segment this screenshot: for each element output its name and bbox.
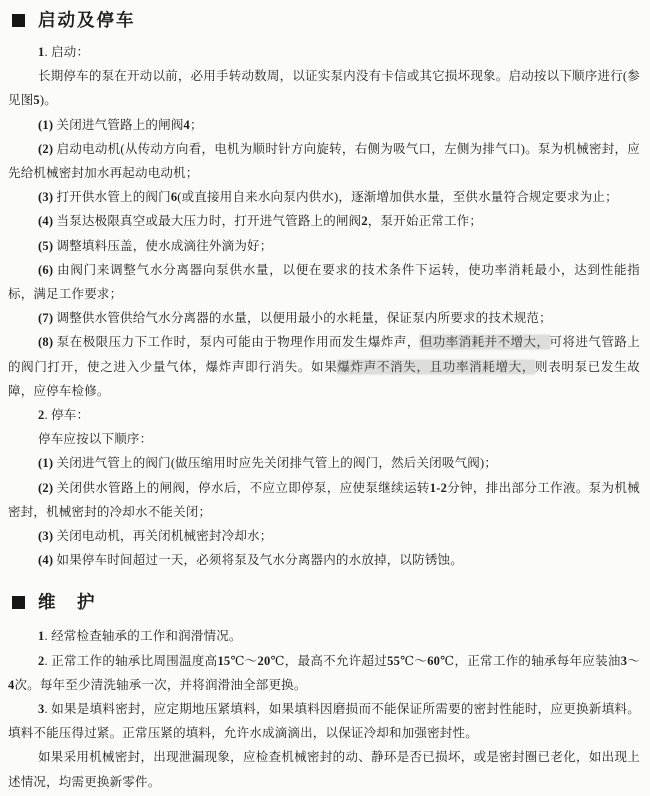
paragraph: 1. 经常检查轴承的工作和润滑情况。: [8, 624, 640, 648]
section-title-text: 维 护: [38, 590, 97, 614]
text-run: 调整填料压盖，使水成滴往外滴为好；: [53, 239, 272, 253]
black-square-bullet-icon: [12, 14, 25, 27]
text-run: ℃～: [400, 654, 427, 668]
section-body-maintenance: 1. 经常检查轴承的工作和润滑情况。2. 正常工作的轴承比周围温度高15℃～20…: [8, 624, 640, 793]
text-run: . 正常工作的轴承比周围温度高: [44, 654, 217, 668]
text-run: 启动电动机(从传动方向看，电机为顺时针方向旋转，右侧为吸气口，左侧为排气口)。泵…: [8, 142, 640, 180]
paragraph: 2. 停车：: [8, 403, 640, 427]
text-run: (2): [38, 142, 53, 156]
text-run: . 经常检查轴承的工作和润滑情况。: [44, 629, 241, 643]
text-run: (3): [38, 190, 53, 204]
text-run: (8): [38, 335, 53, 349]
text-run: 60: [427, 654, 440, 668]
section-body-startup: 1. 启动：长期停车的泵在开动以前，必用手转动数周，以证实泵内没有卡信或其它损坏…: [8, 40, 640, 572]
text-run: 次。每年至少清洗轴承一次，并将润滑油全部更换。: [14, 678, 306, 692]
paragraph: (8) 泵在极限压力下工作时，泵内可能由于物理作用而发生爆炸声，但功率消耗并不增…: [8, 330, 640, 403]
text-run: 打开供水管上的阀门: [53, 190, 171, 204]
text-run: (1): [38, 456, 53, 470]
text-run: 如果采用机械密封，出现泄漏现象，应检查机械密封的动、静环是否已损坏，或是密封圈已…: [8, 750, 640, 788]
text-run: 1-2: [430, 481, 447, 495]
text-run: (4): [38, 214, 53, 228]
text-run: (3): [38, 529, 53, 543]
text-run: 55: [387, 654, 400, 668]
section-heading-maintenance: 维 护: [12, 590, 640, 614]
text-run: ；: [190, 118, 203, 132]
text-run: . 停车：: [44, 408, 89, 422]
paragraph: 2. 正常工作的轴承比周围温度高15℃～20℃，最高不允许超过55℃～60℃，正…: [8, 649, 640, 697]
smudged-text-run: 爆炸声不消失，且功率消耗增大，: [337, 360, 535, 374]
text-run: 15: [217, 654, 230, 668]
paragraph: (7) 调整供水管供给气水分离器的水量，以便用最小的水耗量，保证泵内所要求的技术…: [8, 306, 640, 330]
text-run: 长期停车的泵在开动以前，必用手转动数周，以证实泵内没有卡信或其它损坏现象。启动按…: [8, 69, 640, 107]
paragraph: 3. 如果是填料密封，应定期地压紧填料，如果填料因磨损而不能保证所需要的密封性能…: [8, 697, 640, 745]
text-run: 关闭供水管路上的闸阀，停水后，不应立即停泵，应使泵继续运转: [53, 481, 430, 495]
text-run: 当泵达极限真空或最大压力时，打开进气管路上的闸阀: [53, 214, 361, 228]
paragraph: (1) 关闭进气管路上的闸阀4；: [8, 113, 640, 137]
text-run: 关闭电动机，再关闭机械密封冷却水；: [53, 529, 272, 543]
text-run: (2): [38, 481, 53, 495]
paragraph: (4) 如果停车时间超过一天，必须将泵及气水分离器内的水放掉，以防锈蚀。: [8, 548, 640, 572]
text-run: 20: [258, 654, 271, 668]
smudged-text-run: 但功率消耗并不增大，: [420, 335, 550, 349]
section-heading-startup: 启动及停车: [12, 8, 640, 32]
text-run: 关闭进气管上的阀门(做压缩用时应先关闭排气管上的阀门，然后关闭吸气阀)；: [53, 456, 497, 470]
paragraph: (4) 当泵达极限真空或最大压力时，打开进气管路上的闸阀2，泵开始正常工作；: [8, 209, 640, 233]
paragraph: (6) 由阀门来调整气水分离器向泵供水量，以便在要求的技术条件下运转，使功率消耗…: [8, 258, 640, 306]
text-run: 泵在极限压力下工作时，泵内可能由于物理作用而发生爆炸声，: [53, 335, 420, 349]
text-run: (4): [38, 553, 53, 567]
text-run: (或直接用自来水向泵内供水)，逐渐增加供水量，至供水量符合规定要求为止；: [177, 190, 618, 204]
document-page: 启动及停车 1. 启动：长期停车的泵在开动以前，必用手转动数周，以证实泵内没有卡…: [0, 0, 650, 796]
paragraph: (1) 关闭进气管上的阀门(做压缩用时应先关闭排气管上的阀门，然后关闭吸气阀)；: [8, 451, 640, 475]
text-run: . 启动：: [44, 45, 89, 59]
text-run: (7): [38, 311, 53, 325]
section-title-text: 启动及停车: [38, 8, 136, 32]
black-square-bullet-icon: [12, 596, 25, 609]
text-run: 关闭进气管路上的闸阀: [53, 118, 183, 132]
section-maintenance: 维 护 1. 经常检查轴承的工作和润滑情况。2. 正常工作的轴承比周围温度高15…: [8, 590, 640, 793]
text-run: ℃，正常工作的轴承每年应装油: [440, 654, 621, 668]
text-run: 调整供水管供给气水分离器的水量，以便用最小的水耗量，保证泵内所要求的技术规范；: [53, 311, 552, 325]
text-run: 如果停车时间超过一天，必须将泵及气水分离器内的水放掉，以防锈蚀。: [53, 553, 463, 567]
text-run: ℃～: [230, 654, 257, 668]
text-run: ，泵开始正常工作；: [368, 214, 482, 228]
paragraph: 1. 启动：: [8, 40, 640, 64]
text-run: (1): [38, 118, 53, 132]
paragraph: (5) 调整填料压盖，使水成滴往外滴为好；: [8, 234, 640, 258]
paragraph: (3) 打开供水管上的阀门6(或直接用自来水向泵内供水)，逐渐增加供水量，至供水…: [8, 185, 640, 209]
paragraph: (2) 关闭供水管路上的闸阀，停水后，不应立即停泵，应使泵继续运转1-2分钟，排…: [8, 476, 640, 524]
text-run: )。: [40, 93, 57, 107]
section-startup-shutdown: 启动及停车 1. 启动：长期停车的泵在开动以前，必用手转动数周，以证实泵内没有卡…: [8, 8, 640, 572]
text-run: ～: [627, 654, 640, 668]
text-run: (5): [38, 239, 53, 253]
paragraph: 如果采用机械密封，出现泄漏现象，应检查机械密封的动、静环是否已损坏，或是密封圈已…: [8, 745, 640, 793]
paragraph: (3) 关闭电动机，再关闭机械密封冷却水；: [8, 524, 640, 548]
paragraph: (2) 启动电动机(从传动方向看，电机为顺时针方向旋转，右侧为吸气口，左侧为排气…: [8, 137, 640, 185]
text-run: ℃，最高不允许超过: [270, 654, 387, 668]
text-run: 停车应按以下顺序：: [38, 432, 152, 446]
text-run: (6): [38, 263, 53, 277]
paragraph: 长期停车的泵在开动以前，必用手转动数周，以证实泵内没有卡信或其它损坏现象。启动按…: [8, 64, 640, 112]
paragraph: 停车应按以下顺序：: [8, 427, 640, 451]
text-run: 由阀门来调整气水分离器向泵供水量，以便在要求的技术条件下运转，使功率消耗最小，达…: [8, 263, 640, 301]
text-run: . 如果是填料密封，应定期地压紧填料，如果填料因磨损而不能保证所需要的密封性能时…: [8, 702, 640, 740]
